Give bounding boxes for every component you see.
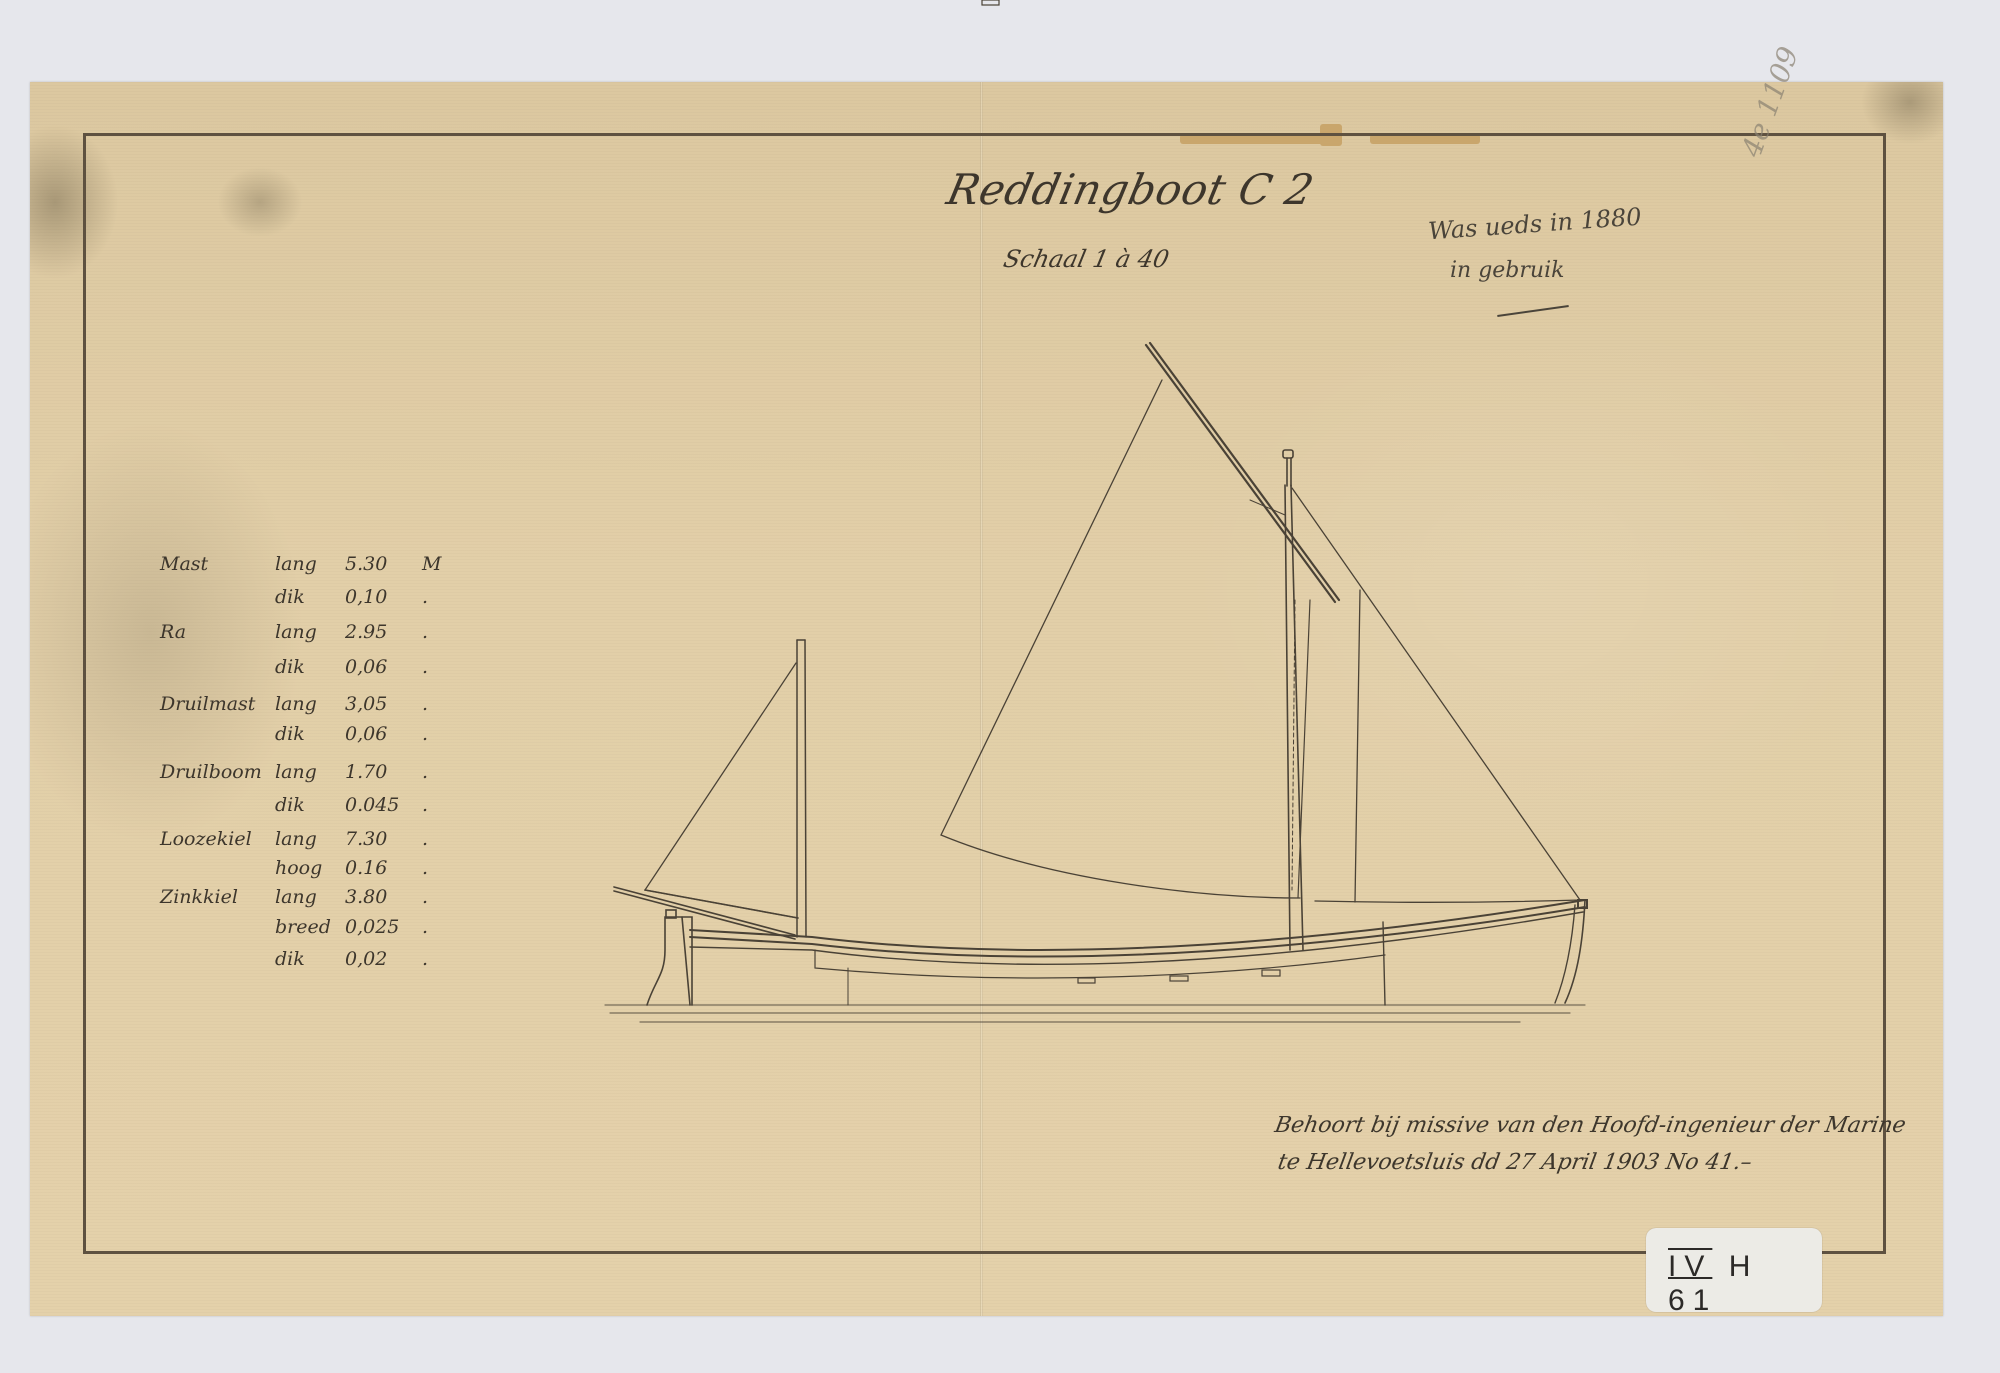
spec-dimension: dik — [275, 723, 345, 745]
spec-dimension: breed — [275, 916, 345, 938]
archive-label-letter: H — [1729, 1250, 1759, 1283]
spec-dimension: lang — [275, 553, 345, 575]
spec-part: Loozekiel — [160, 828, 280, 850]
spec-value: 2.95 — [345, 621, 425, 643]
spec-unit: . — [422, 761, 452, 783]
spec-value: 0.16 — [345, 857, 425, 879]
spec-value: 1.70 — [345, 761, 425, 783]
spec-part: Ra — [160, 621, 280, 643]
spec-value: 0.045 — [345, 794, 425, 816]
spec-dimension: lang — [275, 886, 345, 908]
spec-unit: . — [422, 828, 452, 850]
spec-unit: . — [422, 656, 452, 678]
keel-blocks — [982, 0, 1280, 983]
provenance-note-line-1: Behoort bij missive van den Hoofd-ingeni… — [1273, 1113, 1908, 1138]
spec-dimension: hoog — [275, 857, 345, 879]
jib-sail — [1292, 488, 1580, 902]
spec-unit: M — [422, 553, 452, 575]
spec-value: 3,05 — [345, 693, 425, 715]
provenance-note-line-2: te Hellevoetsluis dd 27 April 1903 No 41… — [1276, 1150, 1754, 1175]
archive-label-text: IV H 61 — [1668, 1250, 1822, 1318]
spec-part: Druilboom — [160, 761, 280, 783]
spec-dimension: lang — [275, 693, 345, 715]
waterline — [605, 1005, 1585, 1022]
spec-dimension: lang — [275, 828, 345, 850]
spec-value: 0,10 — [345, 586, 425, 608]
annotation-line-2: in gebruik — [1450, 258, 1564, 283]
drawing-scale: Schaal 1 à 40 — [1001, 245, 1172, 273]
spec-value: 5.30 — [345, 553, 425, 575]
spec-dimension: lang — [275, 621, 345, 643]
drawing-title: Reddingboot C 2 — [943, 165, 1318, 214]
spec-part: Mast — [160, 553, 280, 575]
hull — [690, 900, 1587, 1005]
spec-value: 0,025 — [345, 916, 425, 938]
spec-value: 0,06 — [345, 656, 425, 678]
spec-unit: . — [422, 693, 452, 715]
spec-unit: . — [422, 621, 452, 643]
yard — [1146, 343, 1339, 602]
main-sail-leech — [1298, 600, 1310, 898]
spec-value: 3.80 — [345, 886, 425, 908]
spec-unit: . — [422, 586, 452, 608]
spec-unit: . — [422, 857, 452, 879]
spec-dimension: dik — [275, 656, 345, 678]
spec-value: 0,06 — [345, 723, 425, 745]
spec-unit: . — [422, 723, 452, 745]
spec-value: 0,02 — [345, 948, 425, 970]
spec-part: Zinkkiel — [160, 886, 280, 908]
spec-dimension: dik — [275, 586, 345, 608]
archive-label: IV H 61 — [1646, 1228, 1822, 1312]
archive-label-number: 61 — [1668, 1284, 1717, 1317]
archive-label-roman: IV — [1668, 1250, 1712, 1283]
spec-dimension: lang — [275, 761, 345, 783]
spec-part: Druilmast — [160, 693, 280, 715]
spec-value: 7.30 — [345, 828, 425, 850]
spec-unit: . — [422, 948, 452, 970]
spec-unit: . — [422, 794, 452, 816]
spec-unit: . — [422, 886, 452, 908]
main-mast — [1283, 450, 1303, 950]
main-sail — [941, 380, 1300, 898]
spec-unit: . — [422, 916, 452, 938]
spec-dimension: dik — [275, 794, 345, 816]
mizzen-sail — [645, 663, 798, 918]
rudder — [647, 910, 692, 1005]
mizzen-mast — [797, 640, 806, 937]
spec-dimension: dik — [275, 948, 345, 970]
